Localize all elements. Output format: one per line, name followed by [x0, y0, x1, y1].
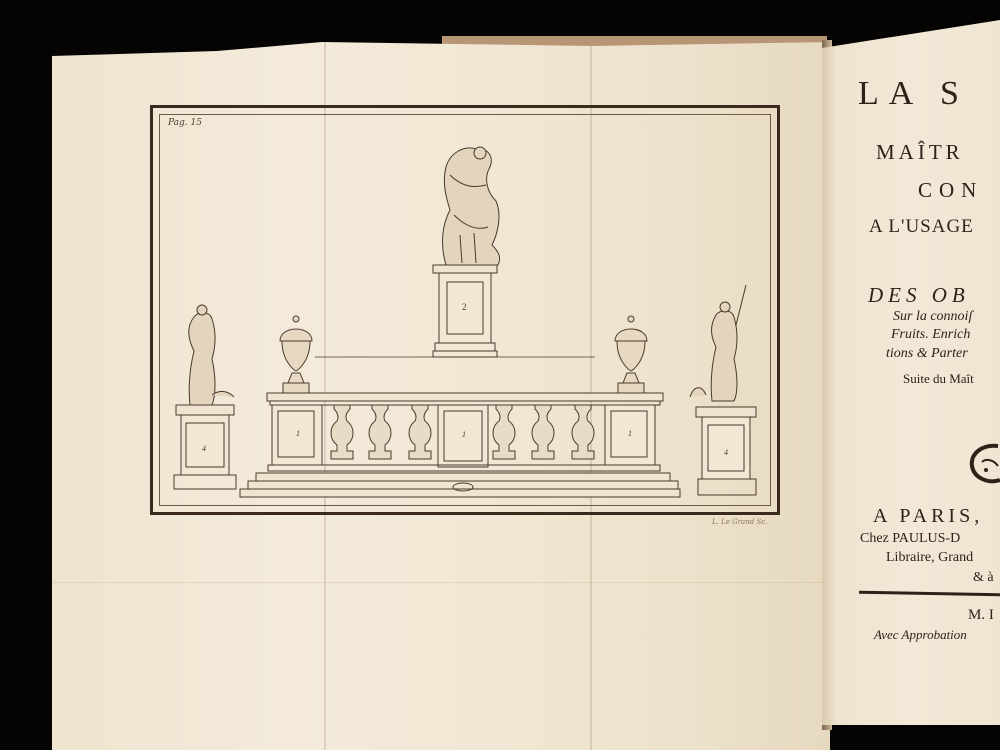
title-line-maitre: MAÎTR	[876, 140, 964, 165]
svg-text:1: 1	[296, 429, 300, 438]
right-urn-icon	[615, 316, 647, 393]
imprint-libraire: Libraire, Grand	[886, 550, 973, 566]
right-pedestal: 4	[696, 407, 756, 495]
imprint-date: M. I	[968, 607, 994, 624]
engraver-signature: L. Le Grand Sc.	[712, 518, 767, 526]
central-statue-icon	[443, 147, 500, 265]
engraving-illustration: 2 1 1 1	[150, 105, 780, 515]
title-line-sur: Sur la connoiſ	[893, 309, 972, 325]
fold-crease	[52, 582, 830, 583]
imprint-ampersand: & à	[973, 570, 994, 586]
left-pedestal: 4	[174, 405, 236, 489]
title-line-des: DES OB	[868, 283, 970, 308]
svg-text:2: 2	[462, 302, 467, 312]
left-urn-icon	[280, 316, 312, 393]
title-page-title: LA S	[858, 75, 969, 113]
title-line-suite: Suite du Maît	[903, 371, 974, 387]
left-statue-icon	[189, 305, 234, 405]
svg-text:4: 4	[202, 444, 206, 453]
right-statue-icon	[690, 285, 746, 401]
imprint-approbation: Avec Approbation	[874, 627, 967, 643]
title-line-usage: A L'USAGE	[869, 216, 974, 238]
imprint-publisher: Chez PAULUS-D	[860, 531, 960, 547]
title-line-con: CON	[918, 178, 983, 203]
svg-text:4: 4	[724, 448, 728, 457]
svg-text:1: 1	[462, 430, 466, 439]
title-line-fruits: Fruits. Enrich	[891, 327, 970, 343]
printer-ornament-icon	[968, 440, 1000, 488]
imprint-city: A PARIS,	[873, 505, 983, 528]
title-line-tions: tions & Parter	[886, 346, 968, 362]
central-pedestal: 2	[433, 265, 497, 357]
balustrade: 1 1 1	[240, 393, 680, 497]
svg-text:1: 1	[628, 429, 632, 438]
